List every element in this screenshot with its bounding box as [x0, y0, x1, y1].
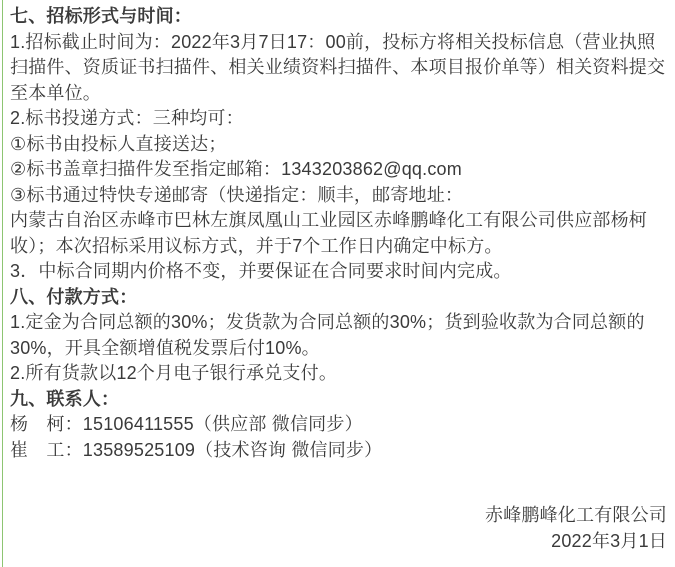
- signature-company: 赤峰鹏峰化工有限公司: [10, 503, 667, 529]
- section-heading-contacts: 九、联系人：: [10, 387, 667, 413]
- doc-line-method-express: ③标书通过特快专递邮寄（快递指定：顺丰，邮寄地址：: [10, 183, 667, 209]
- doc-line-method-direct: ①标书由投标人直接送达；: [10, 132, 667, 158]
- section-heading-bidding-form-time: 七、招标形式与时间：: [10, 4, 667, 30]
- doc-line-delivery-methods: 2.标书投递方式：三种均可：: [10, 106, 667, 132]
- section-heading-payment: 八、付款方式：: [10, 285, 667, 311]
- doc-line-method-email: ②标书盖章扫描件发至指定邮箱：1343203862@qq.com: [10, 157, 667, 183]
- left-border-rule: [2, 0, 3, 567]
- doc-line-payment-terms: 1.定金为合同总额的30%；发货款为合同总额的30%；货到验收款为合同总额的: [10, 310, 667, 336]
- doc-line-payment-terms-cont: 30%，开具全额增值税发票后付10%。: [10, 336, 667, 362]
- doc-line-payment-bank: 2.所有货款以12个月电子银行承兑支付。: [10, 361, 667, 387]
- contact-line-cui-gong: 崔 工：13589525109（技术咨询 微信同步）: [10, 438, 667, 464]
- doc-line-mailing-address: 内蒙古自治区赤峰市巴林左旗凤凰山工业园区赤峰鹏峰化工有限公司供应部杨柯: [10, 208, 667, 234]
- contact-line-yang-ke: 杨 柯：15106411555（供应部 微信同步）: [10, 412, 667, 438]
- doc-line-deadline: 1.招标截止时间为：2022年3月7日17：00前，投标方将相关投标信息（营业执…: [10, 30, 667, 56]
- doc-line-deadline-end: 至本单位。: [10, 81, 667, 107]
- doc-line-price-fixed: 3．中标合同期内价格不变，并要保证在合同要求时间内完成。: [10, 259, 667, 285]
- signature-date: 2022年3月1日: [10, 529, 667, 555]
- document-body: 七、招标形式与时间： 1.招标截止时间为：2022年3月7日17：00前，投标方…: [10, 4, 667, 554]
- signature-block: 赤峰鹏峰化工有限公司 2022年3月1日: [10, 503, 667, 554]
- doc-line-deadline-cont: 扫描件、资质证书扫描件、相关业绩资料扫描件、本项目报价单等）相关资料提交: [10, 55, 667, 81]
- doc-line-negotiation: 收）；本次招标采用议标方式，并于7个工作日内确定中标方。: [10, 234, 667, 260]
